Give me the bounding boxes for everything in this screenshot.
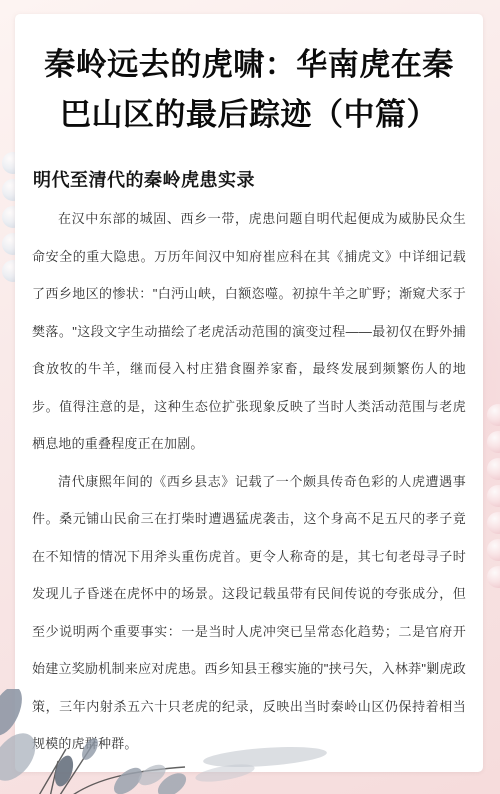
article-card: 秦岭远去的虎啸：华南虎在秦巴山区的最后踪迹（中篇） 明代至清代的秦岭虎患实录 在… bbox=[15, 14, 483, 772]
section-heading: 明代至清代的秦岭虎患实录 bbox=[33, 168, 465, 192]
pearl-string-right-decoration bbox=[487, 404, 500, 588]
pearl-icon bbox=[487, 404, 500, 426]
pearl-icon bbox=[487, 566, 500, 588]
pearl-icon bbox=[487, 431, 500, 453]
paragraph-kangxi-encounter: 清代康熙年间的《西乡县志》记载了一个颇具传奇色彩的人虎遭遇事件。桑元铺山民俞三在… bbox=[32, 463, 466, 763]
paragraph-ming-qing-records: 在汉中东部的城固、西乡一带，虎患问题自明代起便成为威胁民众生命安全的重大隐患。万… bbox=[32, 200, 466, 463]
pearl-icon bbox=[487, 485, 500, 507]
pearl-icon bbox=[487, 458, 500, 480]
pearl-icon bbox=[487, 539, 500, 561]
article-title: 秦岭远去的虎啸：华南虎在秦巴山区的最后踪迹（中篇） bbox=[35, 40, 463, 140]
pearl-icon bbox=[487, 512, 500, 534]
